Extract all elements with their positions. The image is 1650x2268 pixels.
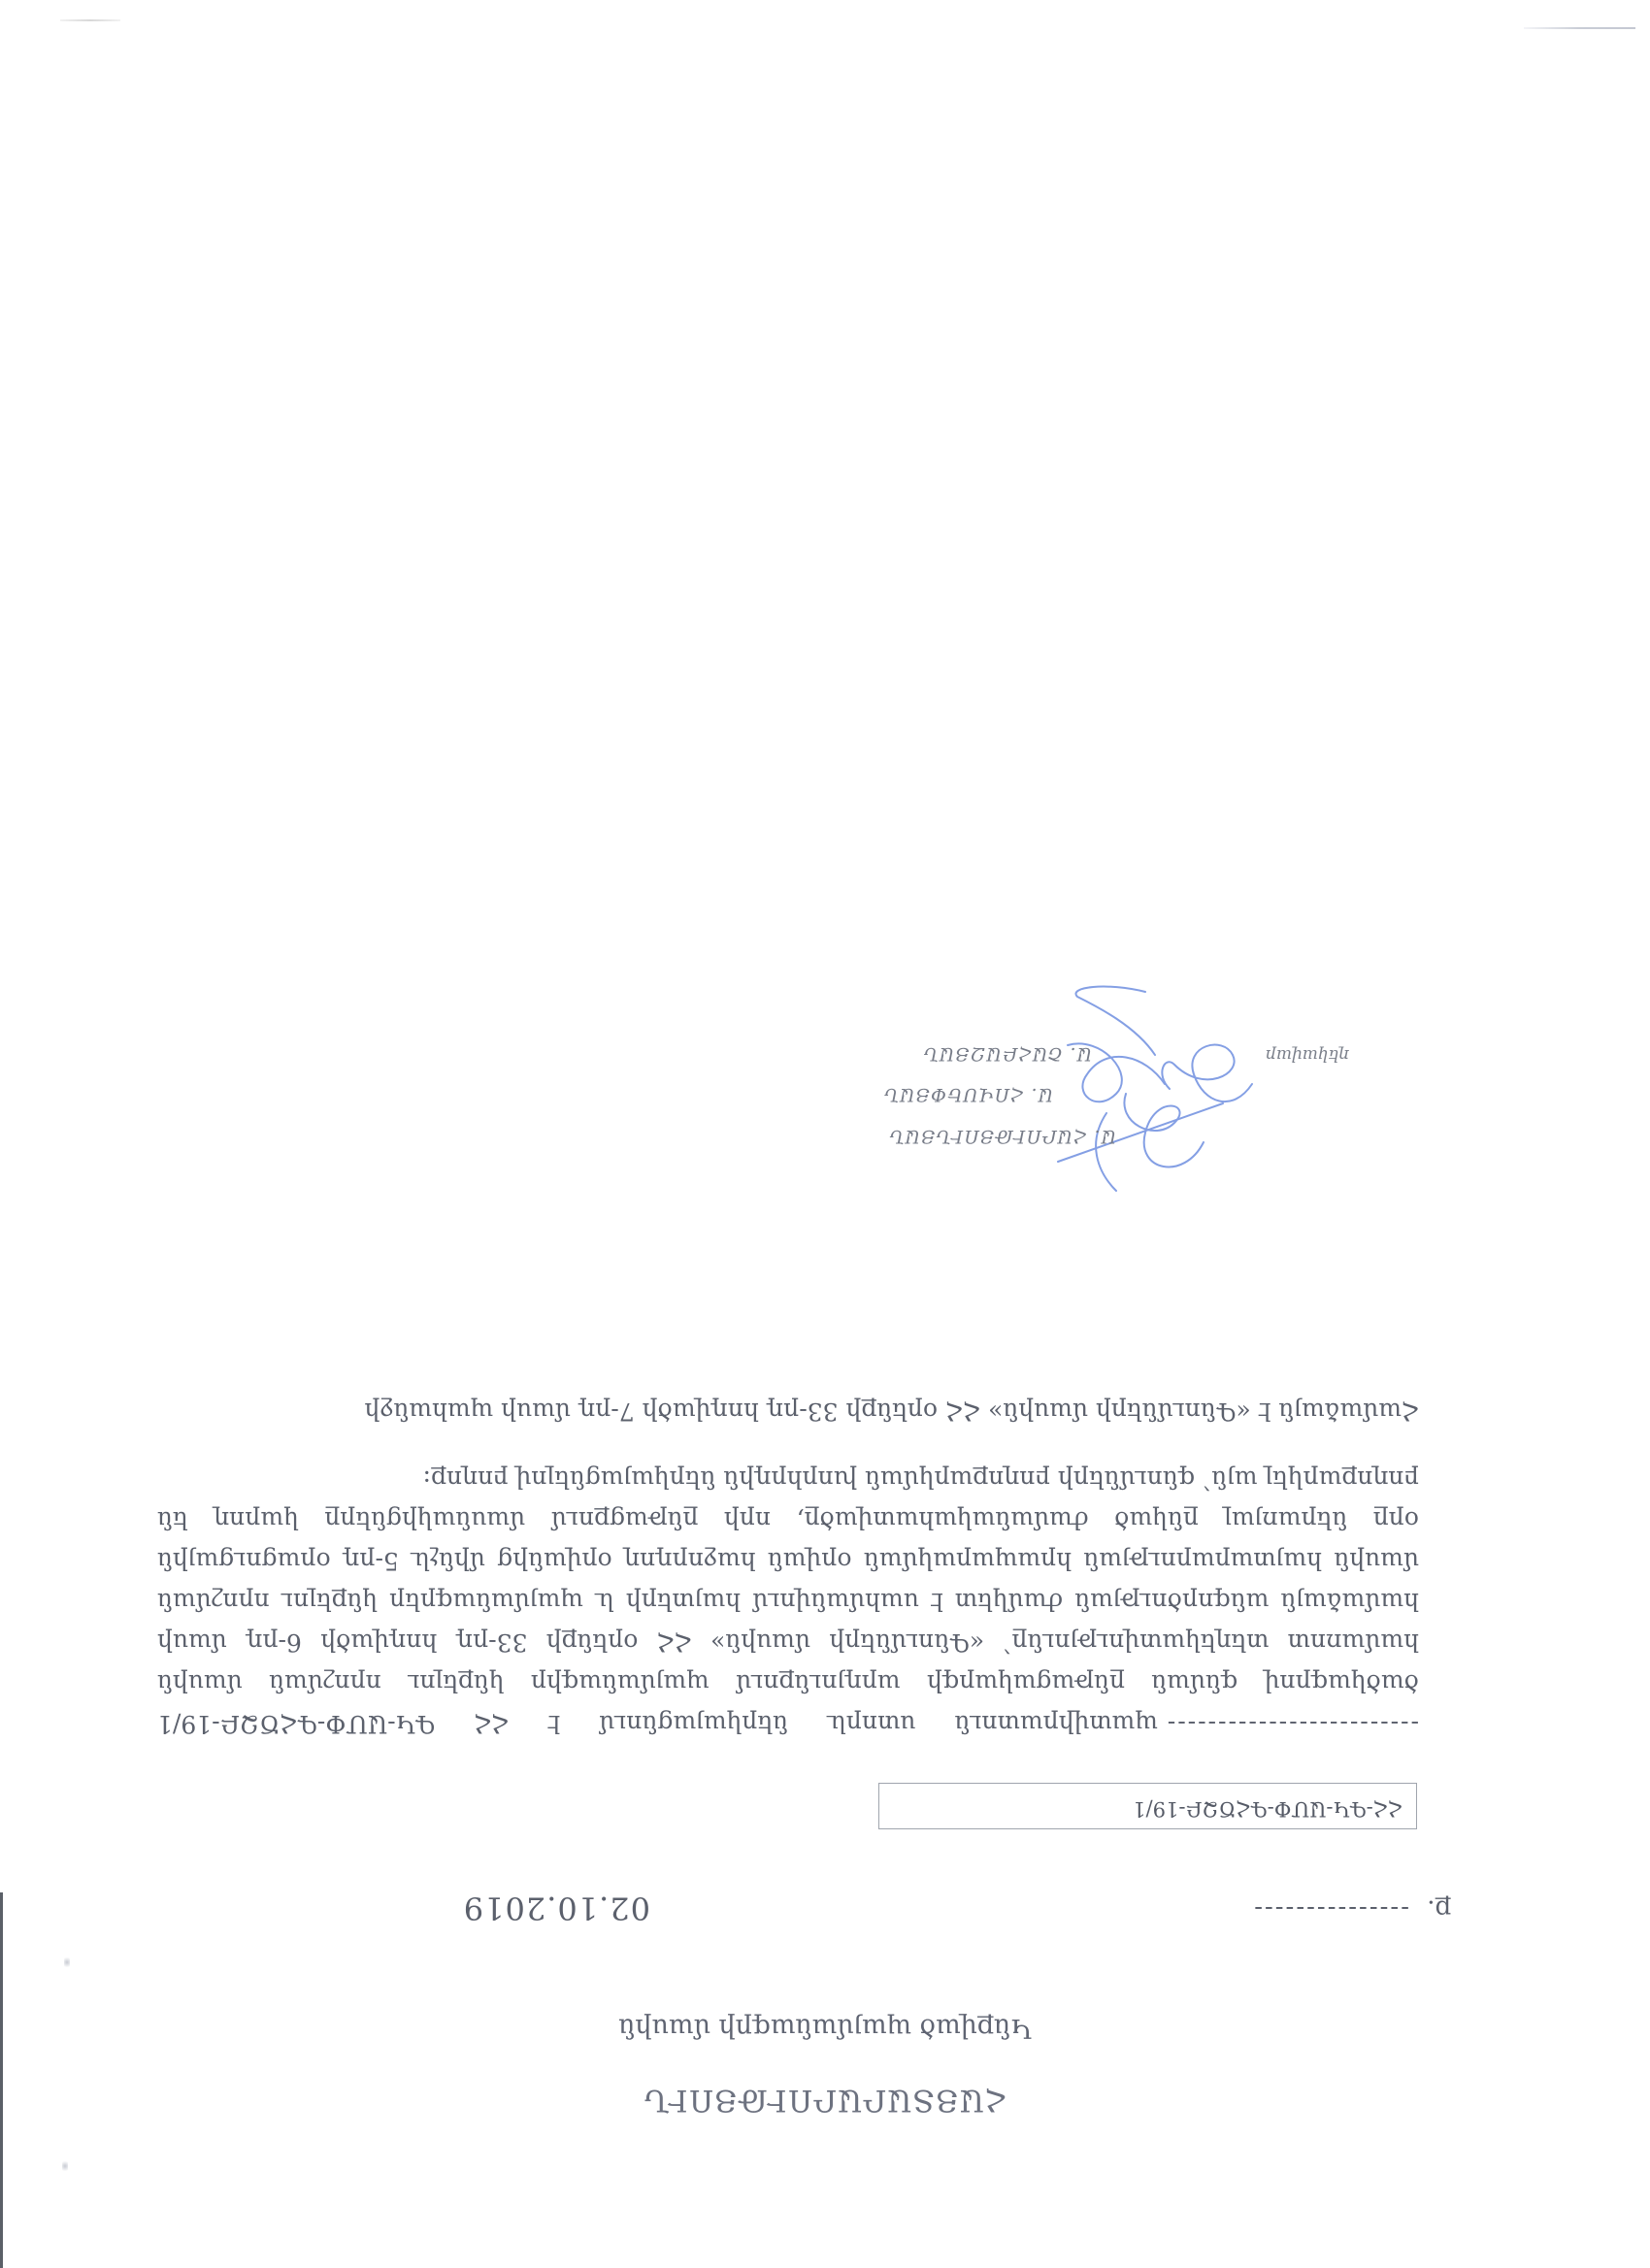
signature-role: ղեկավար — [1266, 1045, 1349, 1065]
signature-block: ղեկավար Ա. ՇԱՀԲԱԶՅԱՆ Ա. ՀՈՎՍԵՓՅԱՆ Ա. ՀԱՐ… — [806, 948, 1349, 1200]
paragraph-text: պատվիրատուն ստորև ներկայացնում է ՀՀ ԳԿ-Ա… — [157, 1465, 1419, 1738]
document-title: ՀԱՅՏԱՐԱՐՈՒԹՅՈՒՆ — [0, 2083, 1650, 2118]
city-label: ք. — [1427, 1894, 1451, 1923]
handwritten-signature-icon — [1048, 977, 1262, 1200]
procurement-code: ՀՀ-ԳԿ-ԱՄՓ-ԳՀԾՁԲ-19/1 — [1133, 1797, 1402, 1821]
signatory-name: Ա. ՀԱՐՈՒԹՅՈՒՆՅԱՆ — [888, 1126, 1116, 1147]
document-body: -------------------------պատվիրատուն ստո… — [157, 1391, 1419, 1744]
body-paragraph-1: -------------------------պատվիրատուն ստո… — [157, 1459, 1419, 1744]
paragraph-text: Համաձայն է «Գնումների մասին» ՀՀ օրենքի 3… — [365, 1397, 1419, 1426]
blank-dashes: ------------------------- — [1166, 1710, 1419, 1738]
document-subtitle: Կնքված պայմանագրի մասին — [0, 2013, 1650, 2043]
scanned-page: ՀԱՅՏԱՐԱՐՈՒԹՅՈՒՆ Կնքված պայմանագրի մասին … — [0, 0, 1650, 2268]
procurement-code-box: ՀՀ-ԳԿ-ԱՄՓ-ԳՀԾՁԲ-19/1 — [878, 1783, 1417, 1829]
document-date: 02.10.2019 — [463, 1890, 650, 1926]
city-value: --------------- — [1252, 1894, 1409, 1923]
city-line: ք. --------------- — [1252, 1894, 1451, 1923]
signatory-name: Ա. ՀՈՎՍԵՓՅԱՆ — [883, 1084, 1053, 1105]
signatory-name: Ա. ՇԱՀԲԱԶՅԱՆ — [923, 1043, 1092, 1065]
body-paragraph-2: Համաձայն է «Գնումների մասին» ՀՀ օրենքի 3… — [157, 1391, 1419, 1431]
